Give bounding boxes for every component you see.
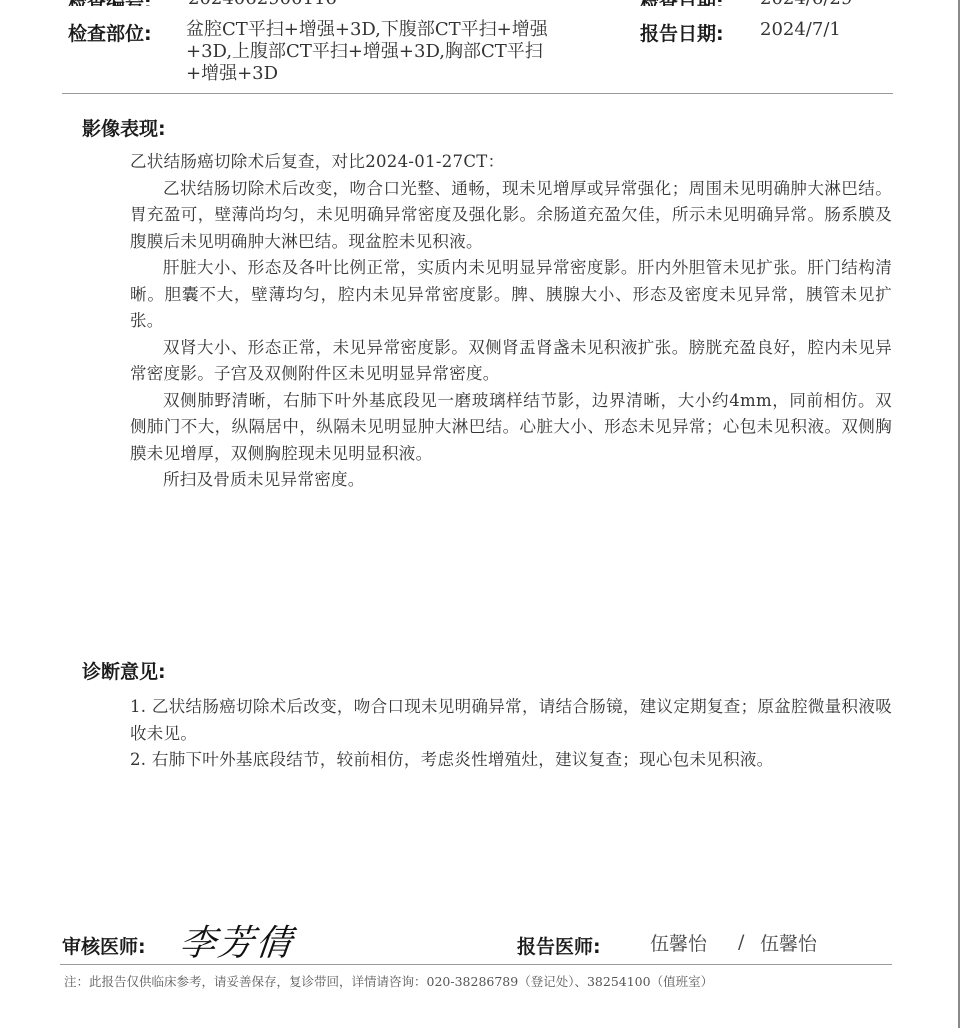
exam-number-value: 2024062900116 — [188, 0, 337, 6]
reporter-name-secondary: 伍馨怡 — [760, 929, 817, 956]
reviewer-label: 审核医师: — [62, 932, 146, 959]
report-date-label: 报告日期: — [640, 19, 724, 46]
imaging-paragraph: 乙状结肠切除术后改变，吻合口光整、通畅，现未见增厚或异常强化；周围未见明确肿大淋… — [130, 176, 892, 256]
imaging-paragraph: 双肾大小、形态正常，未见异常密度影。双侧肾盂肾盏未见积液扩张。膀胱充盈良好，腔内… — [130, 335, 892, 388]
footer-note: 注：此报告仅供临床参考，请妥善保存，复诊带回，详情请咨询：020-3828678… — [64, 972, 713, 990]
reporter-label: 报告医师: — [517, 932, 601, 959]
exam-site-line: 盆腔CT平扫+增强+3D,下腹部CT平扫+增强 — [186, 19, 548, 41]
exam-number-row: 检查编号: 2024062900116 — [68, 0, 388, 6]
diagnosis-item: 2. 右肺下叶外基底段结节，较前相仿，考虑炎性增殖灶，建议复查；现心包未见积液。 — [130, 747, 892, 774]
reviewer-signature: 李芳倩 — [177, 915, 296, 966]
diagnosis-body: 1. 乙状结肠癌切除术后改变，吻合口现未见明确异常，请结合肠镜，建议定期复查；原… — [130, 694, 892, 774]
imaging-findings-title: 影像表现: — [82, 114, 166, 141]
exam-number-label: 检查编号: — [68, 0, 152, 6]
exam-site-line: +增强+3D — [186, 63, 548, 85]
exam-site-line: +3D,上腹部CT平扫+增强+3D,胸部CT平扫 — [186, 41, 548, 63]
exam-date-row: 检查日期: 2024/6/29 — [640, 0, 940, 6]
exam-site-label: 检查部位: — [68, 19, 152, 46]
exam-site-value: 盆腔CT平扫+增强+3D,下腹部CT平扫+增强 +3D,上腹部CT平扫+增强+3… — [186, 19, 548, 85]
report-date-value: 2024/7/1 — [760, 19, 841, 41]
reporter-separator: / — [738, 931, 744, 953]
exam-date-value: 2024/6/29 — [760, 0, 852, 6]
header-divider — [62, 93, 893, 94]
imaging-findings-body: 乙状结肠癌切除术后复查，对比2024-01-27CT： 乙状结肠切除术后改变，吻… — [130, 149, 892, 494]
imaging-paragraph: 双侧肺野清晰，右肺下叶外基底段见一磨玻璃样结节影，边界清晰，大小约4mm，同前相… — [130, 388, 892, 468]
imaging-paragraph: 乙状结肠癌切除术后复查，对比2024-01-27CT： — [130, 149, 892, 176]
reporter-name: 伍馨怡 — [650, 929, 707, 956]
diagnosis-item: 1. 乙状结肠癌切除术后改变，吻合口现未见明确异常，请结合肠镜，建议定期复查；原… — [130, 694, 892, 747]
imaging-paragraph: 所扫及骨质未见异常密度。 — [130, 467, 892, 494]
footer-divider — [60, 964, 892, 965]
diagnosis-title: 诊断意见: — [82, 657, 166, 684]
imaging-paragraph: 肝脏大小、形态及各叶比例正常，实质内未见明显异常密度影。肝内外胆管未见扩张。肝门… — [130, 255, 892, 335]
exam-date-label: 检查日期: — [640, 0, 724, 6]
